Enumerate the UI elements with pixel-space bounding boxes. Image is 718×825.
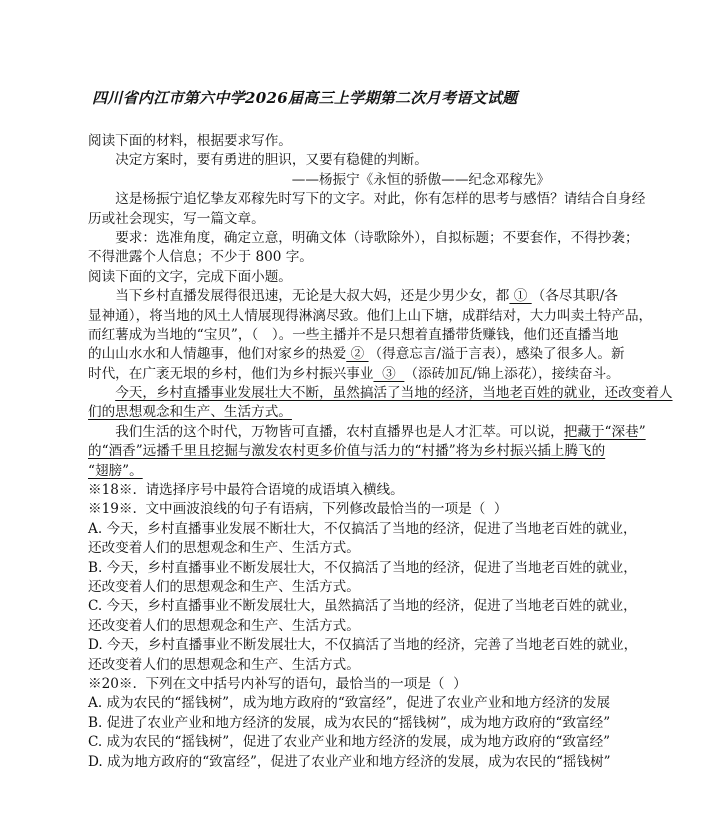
question-19-option-a-1: A. 今天，乡村直播事业发展不断壮大，不仅搞活了当地的经济，促进了当地老百姓的就… bbox=[88, 520, 640, 539]
page-title: 四川省内江市第六中学2026届高三上学期第二次月考语文试题 bbox=[92, 87, 517, 108]
question-20-option-a: A. 成为农民的“摇钱树”，成为地方政府的“致富经”，促进了农业产业和地方经济的… bbox=[88, 694, 640, 713]
passage-underlined-sentence-1a: 今天，乡村直播事业发展壮大不断，虽然搞活了当地的经济，当地老百姓的就业，还改变着… bbox=[88, 384, 640, 403]
passage-line-5: 时代，在广袤无垠的乡村，他们为乡村振兴事业 ③ （添砖加瓦/锦上添花），接续奋斗… bbox=[88, 365, 640, 384]
text-segment: 阅读下面的文字，完成下面小题。 bbox=[88, 269, 292, 285]
underlined-text: ③ bbox=[373, 366, 404, 382]
passage-underlined-sentence-1b: 们的思想观念和生产、生活方式。 bbox=[88, 403, 640, 422]
document-body: 阅读下面的材料，根据要求写作。决定方案时，要有勇进的胆识，又要有稳健的判断。——… bbox=[88, 132, 640, 772]
text-segment: 要求：选准角度，确定立意，明确文体（诗歌除外），自拟标题；不要套作，不得抄袭； bbox=[115, 230, 638, 246]
underlined-text: 们的思想观念和生产、生活方式。 bbox=[88, 404, 292, 420]
writing-task-body-1: 这是杨振宁追忆挚友邓稼先时写下的文字。对此，你有怎样的思考与感悟？请结合自身经 bbox=[88, 190, 640, 209]
underlined-text: 把藏于“深巷” bbox=[564, 424, 646, 440]
reading-task-intro: 阅读下面的文字，完成下面小题。 bbox=[88, 268, 640, 287]
text-segment: A. 成为农民的“摇钱树”，成为地方政府的“致富经”，促进了农业产业和地方经济的… bbox=[88, 695, 610, 711]
text-segment: 我们生活的这个时代，万物皆可直播，农村直播界也是人才汇萃。可以说， bbox=[115, 424, 564, 440]
text-segment: 不得泄露个人信息；不少于 800 字。 bbox=[88, 249, 313, 265]
underlined-text: ① bbox=[509, 288, 531, 304]
passage-line-2: 显神通），将当地的风土人情展现得淋漓尽致。他们上山下塘，成群结对，大力叫卖土特产… bbox=[88, 307, 640, 326]
question-20-option-d: D. 成为地方政府的“致富经”，促进了农业产业和地方经济的发展，成为农民的“摇钱… bbox=[88, 753, 640, 772]
passage-underlined-sentence-2b: “翅膀”。 bbox=[88, 462, 640, 481]
underlined-text: “翅膀”。 bbox=[88, 463, 143, 479]
text-segment: A. 今天，乡村直播事业发展不断壮大，不仅搞活了当地的经济，促进了当地老百姓的就… bbox=[88, 521, 637, 537]
text-segment: ※20※. 下列在文中括号内补写的语句，最恰当的一项是（ ） bbox=[88, 676, 467, 692]
text-segment: （添砖加瓦/锦上添花），接续奋斗。 bbox=[404, 366, 619, 382]
underlined-text: 今天，乡村直播事业发展壮大不断，虽然搞活了当地的经济，当地老百姓的就业，还改变着… bbox=[115, 385, 672, 401]
question-19-option-b-2: 还改变着人们的思想观念和生产、生活方式。 bbox=[88, 578, 640, 597]
passage-line-3: 而红薯成为当地的“宝贝”，（ ）。一些主播并不是只想着直播带货赚钱，他们还直播当… bbox=[88, 326, 640, 345]
question-19-option-c-2: 还改变着人们的思想观念和生产、生活方式。 bbox=[88, 617, 640, 636]
quote-material: 决定方案时，要有勇进的胆识，又要有稳健的判断。 bbox=[88, 151, 640, 170]
text-segment: 当下乡村直播发展得很迅速，无论是大叔大妈，还是少男少女，都 bbox=[115, 288, 509, 304]
text-segment: D. 今天，乡村直播事业不断发展壮大，不仅搞活了当地的经济，完善了当地老百姓的就… bbox=[88, 637, 637, 653]
text-segment: D. 成为地方政府的“致富经”，促进了农业产业和地方经济的发展，成为农民的“摇钱… bbox=[88, 754, 611, 770]
text-segment: 显神通），将当地的风土人情展现得淋漓尽致。他们上山下塘，成群结对，大力叫卖土特产… bbox=[88, 308, 652, 324]
text-segment: 阅读下面的材料，根据要求写作。 bbox=[88, 133, 292, 149]
text-segment: B. 今天，乡村直播事业不断发展壮大，不仅搞活了当地的经济，促进了当地老百姓的就… bbox=[88, 560, 637, 576]
question-19-option-a-2: 还改变着人们的思想观念和生产、生活方式。 bbox=[88, 539, 640, 558]
text-segment: ——杨振宁《永恒的骄傲——纪念邓稼先》 bbox=[292, 172, 550, 188]
text-segment: 这是杨振宁追忆挚友邓稼先时写下的文字。对此，你有怎样的思考与感悟？请结合自身经 bbox=[115, 191, 645, 207]
text-segment: 还改变着人们的思想观念和生产、生活方式。 bbox=[88, 618, 360, 634]
underlined-text: 的“酒香”远播千里且挖掘与激发农村更多价值与活力的“村播”将为乡村振兴插上腾飞的 bbox=[88, 443, 605, 459]
question-19: ※19※. 文中画波浪线的句子有语病，下列修改最恰当的一项是（ ） bbox=[88, 500, 640, 519]
quote-attribution: ——杨振宁《永恒的骄傲——纪念邓稼先》 bbox=[88, 171, 640, 190]
text-segment: ※18※. 请选择序号中最符合语境的成语填入横线。 bbox=[88, 482, 404, 498]
question-19-option-c-1: C. 今天，乡村直播事业不断发展壮大，虽然搞活了当地的经济，促进了当地老百姓的就… bbox=[88, 597, 640, 616]
text-segment: 还改变着人们的思想观念和生产、生活方式。 bbox=[88, 657, 360, 673]
text-segment: 的山山水水和人情趣事，他们对家乡的热爱 bbox=[88, 346, 346, 362]
question-19-option-d-1: D. 今天，乡村直播事业不断发展壮大，不仅搞活了当地的经济，完善了当地老百姓的就… bbox=[88, 636, 640, 655]
text-segment: 而红薯成为当地的“宝贝”，（ ）。一些主播并不是只想着直播带货赚钱，他们还直播当… bbox=[88, 327, 618, 343]
text-segment: （得意忘言/溢于言表），感染了很多人。新 bbox=[369, 346, 625, 362]
text-segment: C. 成为农民的“摇钱树”，促进了农业产业和地方经济的发展，成为地方政府的“致富… bbox=[88, 734, 610, 750]
text-segment: C. 今天，乡村直播事业不断发展壮大，虽然搞活了当地的经济，促进了当地老百姓的就… bbox=[88, 598, 637, 614]
text-segment: 历或社会现实，写一篇文章。 bbox=[88, 211, 265, 227]
text-segment: B. 促进了农业产业和地方经济的发展，成为农民的“摇钱树”，成为地方政府的“致富… bbox=[88, 715, 610, 731]
passage-underlined-sentence-2a: 的“酒香”远播千里且挖掘与激发农村更多价值与活力的“村播”将为乡村振兴插上腾飞的 bbox=[88, 442, 640, 461]
exam-page: 四川省内江市第六中学2026届高三上学期第二次月考语文试题 阅读下面的材料，根据… bbox=[0, 0, 718, 825]
passage-line-1: 当下乡村直播发展得很迅速，无论是大叔大妈，还是少男少女，都 ① （各尽其职/各 bbox=[88, 287, 640, 306]
text-segment: ※19※. 文中画波浪线的句子有语病，下列修改最恰当的一项是（ ） bbox=[88, 501, 508, 517]
question-19-option-b-1: B. 今天，乡村直播事业不断发展壮大，不仅搞活了当地的经济，促进了当地老百姓的就… bbox=[88, 559, 640, 578]
underlined-text: ② bbox=[346, 346, 368, 362]
text-segment: 时代，在广袤无垠的乡村，他们为乡村振兴事业 bbox=[88, 366, 373, 382]
writing-task-intro: 阅读下面的材料，根据要求写作。 bbox=[88, 132, 640, 151]
text-segment: 决定方案时，要有勇进的胆识，又要有稳健的判断。 bbox=[115, 152, 428, 168]
passage-line-6: 我们生活的这个时代，万物皆可直播，农村直播界也是人才汇萃。可以说，把藏于“深巷” bbox=[88, 423, 640, 442]
question-19-option-d-2: 还改变着人们的思想观念和生产、生活方式。 bbox=[88, 656, 640, 675]
writing-task-body-2: 历或社会现实，写一篇文章。 bbox=[88, 210, 640, 229]
question-20-option-c: C. 成为农民的“摇钱树”，促进了农业产业和地方经济的发展，成为地方政府的“致富… bbox=[88, 733, 640, 752]
passage-line-4: 的山山水水和人情趣事，他们对家乡的热爱 ② （得意忘言/溢于言表），感染了很多人… bbox=[88, 345, 640, 364]
question-18: ※18※. 请选择序号中最符合语境的成语填入横线。 bbox=[88, 481, 640, 500]
text-segment: 还改变着人们的思想观念和生产、生活方式。 bbox=[88, 579, 360, 595]
writing-task-requirements-2: 不得泄露个人信息；不少于 800 字。 bbox=[88, 248, 640, 267]
question-20: ※20※. 下列在文中括号内补写的语句，最恰当的一项是（ ） bbox=[88, 675, 640, 694]
writing-task-requirements-1: 要求：选准角度，确定立意，明确文体（诗歌除外），自拟标题；不要套作，不得抄袭； bbox=[88, 229, 640, 248]
text-segment: （各尽其职/各 bbox=[532, 288, 618, 304]
question-20-option-b: B. 促进了农业产业和地方经济的发展，成为农民的“摇钱树”，成为地方政府的“致富… bbox=[88, 714, 640, 733]
text-segment: 还改变着人们的思想观念和生产、生活方式。 bbox=[88, 540, 360, 556]
